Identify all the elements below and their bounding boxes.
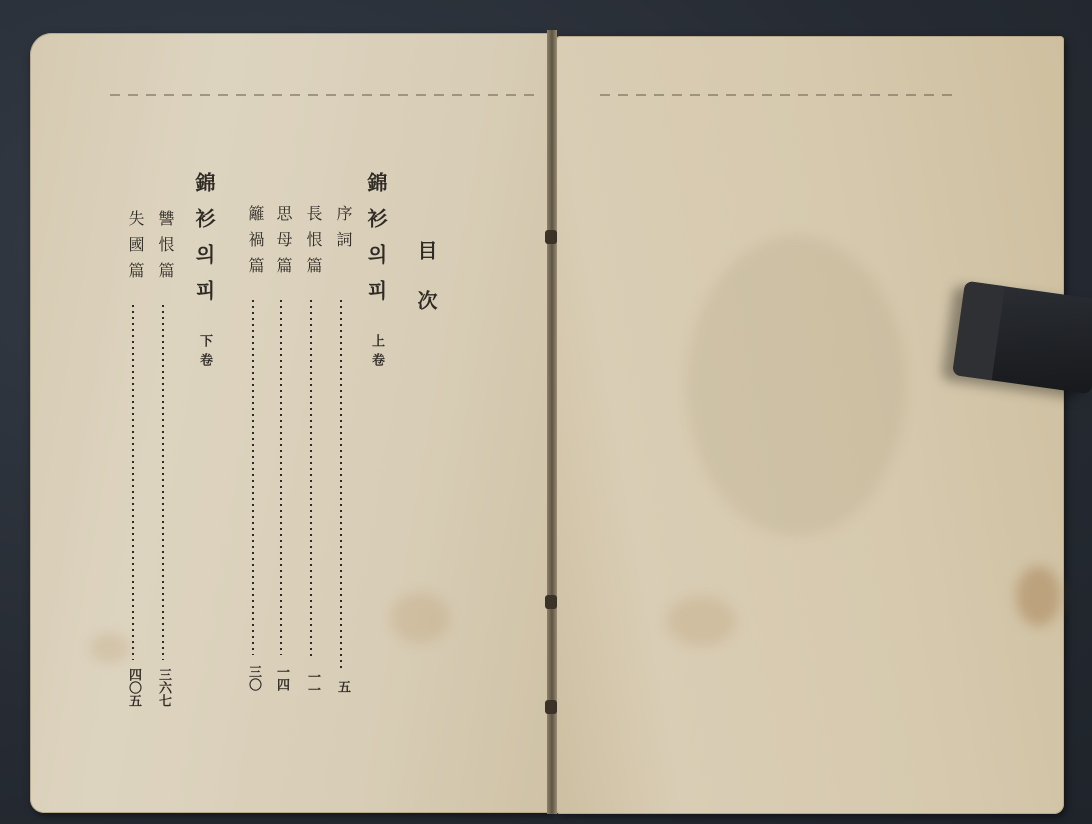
leader-dots [132,305,134,660]
toc-page-4: 三〇 [244,665,263,691]
toc-entry-3: 思母篇 [272,205,295,283]
toc-entry-5: 讐恨篇 [154,210,177,288]
leader-dots [310,300,312,660]
volume-1-title-text: 錦衫의피 [364,172,388,316]
toc-heading: 目次 [412,240,441,340]
leader-dots [280,300,282,655]
toc-entry-4: 籬禍篇 [244,205,267,283]
volume-1-label: 上卷 [369,334,384,372]
volume-1-title: 錦衫의피上卷 [362,172,391,372]
leader-dots [252,300,254,655]
toc-page-2: 一一 [303,670,322,696]
header-rule-right [600,94,960,96]
toc-page-5: 三六七 [154,668,173,707]
right-page [556,36,1064,814]
toc-entry-1: 序詞 [332,205,355,257]
leader-dots [340,300,342,670]
toc-page-6: 四〇五 [124,668,143,707]
toc-entry-6: 失國篇 [124,210,147,288]
book-spine [547,30,557,814]
volume-2-title-text: 錦衫의피 [192,172,216,316]
header-rule-left [110,94,540,96]
toc-page-3: 一四 [272,665,291,691]
binding-pin [545,700,557,714]
toc-page-1: 五 [333,680,352,693]
binding-pin [545,595,557,609]
stone-seal [952,281,1092,395]
binding-pin [545,230,557,244]
left-page [30,33,552,813]
leader-dots [162,305,164,660]
toc-entry-2: 長恨篇 [302,205,325,283]
volume-2-label: 下卷 [197,334,212,372]
volume-2-title: 錦衫의피下卷 [190,172,219,372]
